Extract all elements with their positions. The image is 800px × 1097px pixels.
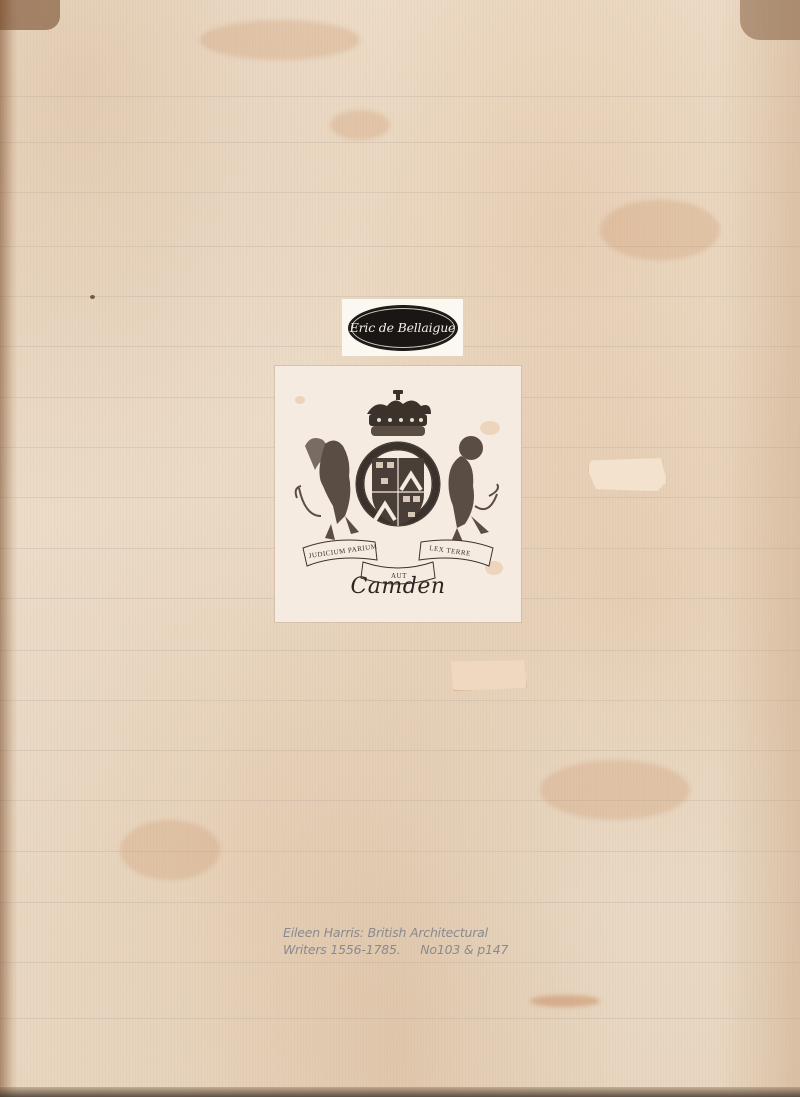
foxing-stain bbox=[330, 110, 390, 140]
ruling-line bbox=[0, 902, 800, 903]
ruling-line bbox=[0, 96, 800, 97]
ruling-line bbox=[0, 296, 800, 297]
top-left-corner-wear bbox=[0, 0, 60, 30]
spot-mark bbox=[90, 295, 95, 299]
ruling-line bbox=[0, 962, 800, 963]
top-right-corner-wear bbox=[740, 0, 800, 40]
endpaper-page: Eric de Bellaigue bbox=[0, 0, 800, 1097]
paper-repair-patch bbox=[588, 456, 667, 492]
foxing-stain bbox=[120, 820, 220, 880]
note-line-1: Eileen Harris: British Architectural bbox=[283, 924, 508, 941]
foxing-stain bbox=[200, 20, 360, 60]
note-line-2: Writers 1556-1785. bbox=[283, 941, 400, 958]
label-oval: Eric de Bellaigue bbox=[348, 305, 458, 351]
ruling-line bbox=[0, 1018, 800, 1019]
right-edge-discoloration bbox=[720, 0, 800, 1097]
label-text: Eric de Bellaigue bbox=[350, 320, 456, 335]
ruling-line bbox=[0, 192, 800, 193]
left-edge-discoloration bbox=[0, 0, 18, 1097]
ruling-line bbox=[0, 700, 800, 701]
pencil-annotation: Eileen Harris: British Architectural Wri… bbox=[283, 924, 508, 958]
bookplate-signature: Camden bbox=[275, 574, 521, 599]
ruling-line bbox=[0, 142, 800, 143]
armorial-bookplate: JUDICIUM PARIUM AUT LEX TERRE Camden bbox=[275, 366, 521, 622]
bottom-edge-wear bbox=[0, 1087, 800, 1097]
foxing-stain bbox=[540, 760, 690, 820]
paper-repair-patch bbox=[449, 659, 527, 691]
ruling-line bbox=[0, 750, 800, 751]
foxing-stain bbox=[600, 200, 720, 260]
note-reference: No103 & p147 bbox=[420, 941, 508, 958]
ruling-line bbox=[0, 650, 800, 651]
owner-label: Eric de Bellaigue bbox=[342, 299, 463, 356]
water-stain bbox=[530, 995, 600, 1007]
